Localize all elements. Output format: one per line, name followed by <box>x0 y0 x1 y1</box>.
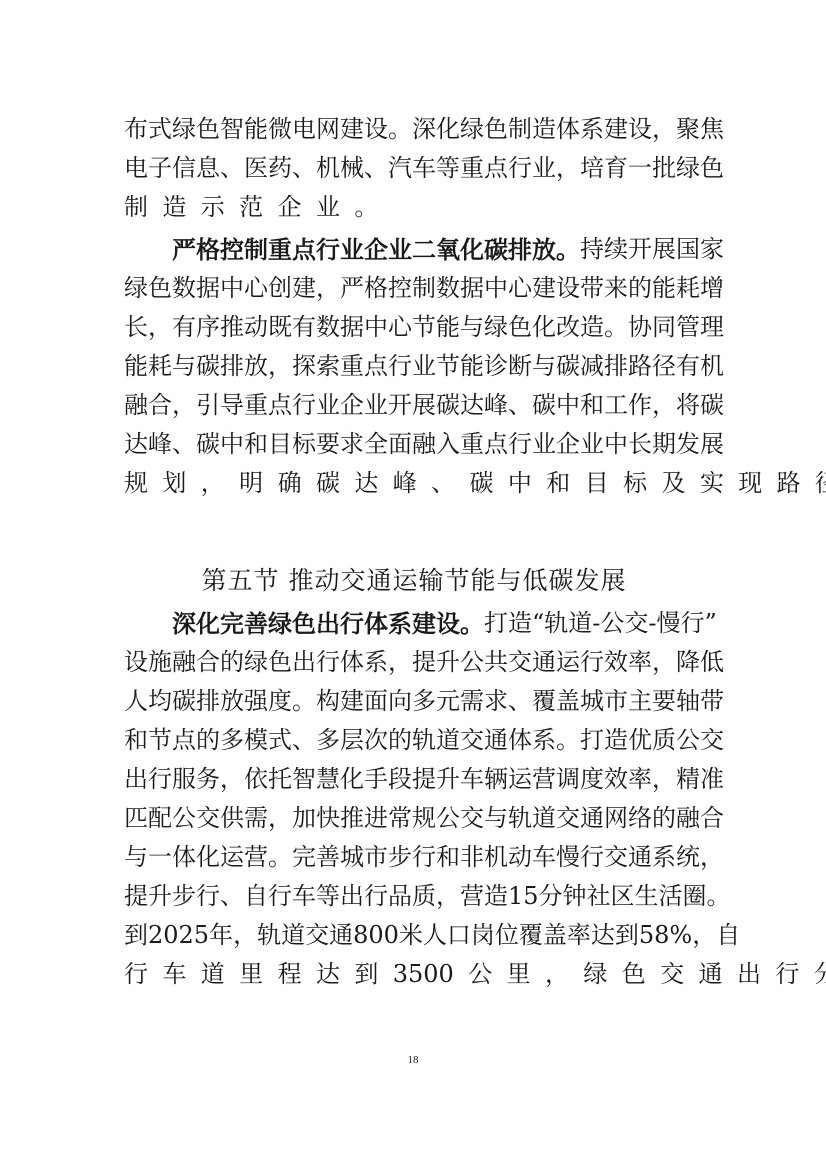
text-line: 提升步行、自行车等出行品质，营造15分钟社区生活圈。 <box>124 877 704 916</box>
paragraph-p-green-travel: 深化完善绿色出行体系建设。打造“轨道-公交-慢行”设施融合的绿色出行体系，提升公… <box>124 604 704 994</box>
text-line: 严格控制重点行业企业二氧化碳排放。持续开展国家 <box>124 230 704 269</box>
text-line: 能耗与碳排放，探索重点行业节能诊断与碳减排路径有机 <box>124 347 704 386</box>
paragraph-p-co2: 严格控制重点行业企业二氧化碳排放。持续开展国家绿色数据中心创建，严格控制数据中心… <box>124 230 704 503</box>
text-line: 与一体化运营。完善城市步行和非机动车慢行交通系统， <box>124 838 704 877</box>
page-number: 18 <box>0 1054 826 1066</box>
text-line: 制造示范企业。 <box>124 188 704 227</box>
text-line: 电子信息、医药、机械、汽车等重点行业，培育一批绿色 <box>124 149 704 188</box>
text-line: 人均碳排放强度。构建面向多元需求、覆盖城市主要轴带 <box>124 682 704 721</box>
text-line: 融合，引导重点行业企业开展碳达峰、碳中和工作，将碳 <box>124 386 704 425</box>
text-line: 深化完善绿色出行体系建设。打造“轨道-公交-慢行” <box>124 604 704 643</box>
text-line: 到2025年，轨道交通800米人口岗位覆盖率达到58%，自 <box>124 916 704 955</box>
text-line: 匹配公交供需，加快推进常规公交与轨道交通网络的融合 <box>124 799 704 838</box>
text-line: 和节点的多模式、多层次的轨道交通体系。打造优质公交 <box>124 721 704 760</box>
text-line: 设施融合的绿色出行体系，提升公共交通运行效率，降低 <box>124 643 704 682</box>
text-line: 布式绿色智能微电网建设。深化绿色制造体系建设，聚焦 <box>124 110 704 149</box>
paragraph-p-cont: 布式绿色智能微电网建设。深化绿色制造体系建设，聚焦电子信息、医药、机械、汽车等重… <box>124 110 704 227</box>
section-heading: 第五节 推动交通运输节能与低碳发展 <box>124 561 704 600</box>
text-line: 规划，明确碳达峰、碳中和目标及实现路径。 <box>124 464 704 503</box>
text-line: 达峰、碳中和目标要求全面融入重点行业企业中长期发展 <box>124 425 704 464</box>
text-line: 长，有序推动既有数据中心节能与绿色化改造。协同管理 <box>124 308 704 347</box>
text-line: 出行服务，依托智慧化手段提升车辆运营调度效率，精准 <box>124 760 704 799</box>
text-line: 绿色数据中心创建，严格控制数据中心建设带来的能耗增 <box>124 269 704 308</box>
text-line: 行车道里程达到3500公里，绿色交通出行分担率达到81%。 <box>124 955 704 994</box>
